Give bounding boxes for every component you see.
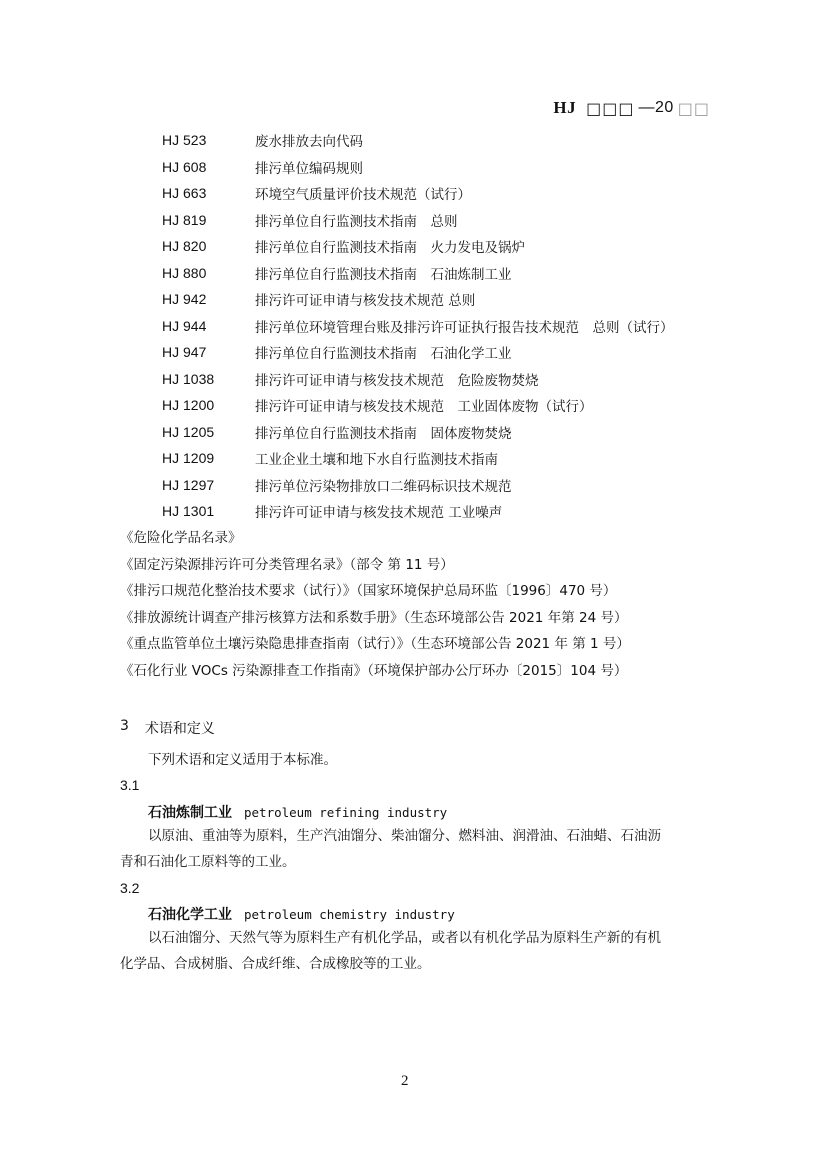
term-chinese: 石油炼制工业 [148, 802, 232, 822]
reference-row: HJ 608排污单位编码规则 [162, 154, 674, 181]
reference-title: 排污单位环境管理台账及排污许可证执行报告技术规范 总则（试行） [255, 316, 674, 336]
reference-title: 废水排放去向代码 [255, 130, 363, 150]
standard-year-prefix: —20 [638, 99, 673, 117]
reference-row: HJ 1209工业企业土壤和地下水自行监测技术指南 [162, 445, 674, 472]
standard-number-placeholder: □□□ [586, 99, 634, 118]
reference-code: HJ 663 [162, 185, 255, 201]
reference-row: HJ 947排污单位自行监测技术指南 石油化学工业 [162, 339, 674, 366]
section-number: 3 [120, 718, 129, 738]
standard-code-header: HJ □□□ —20 □□ [553, 98, 710, 118]
reference-title: 排污单位自行监测技术指南 总则 [255, 210, 458, 230]
normative-references-list: HJ 523废水排放去向代码 HJ 608排污单位编码规则 HJ 663环境空气… [162, 127, 674, 525]
reference-row: HJ 819排污单位自行监测技术指南 总则 [162, 207, 674, 234]
section-intro: 下列术语和定义适用于本标准。 [148, 747, 337, 774]
page-number: 2 [401, 1073, 409, 1090]
reference-title: 环境空气质量评价技术规范（试行） [255, 183, 471, 203]
term-definition-line: 青和石油化工原料等的工业。 [120, 849, 296, 876]
reference-title: 排污单位自行监测技术指南 石油炼制工业 [255, 263, 512, 283]
reference-code: HJ 880 [162, 265, 255, 281]
reference-row: HJ 1200排污许可证申请与核发技术规范 工业固体废物（试行） [162, 392, 674, 419]
reference-row: HJ 880排污单位自行监测技术指南 石油炼制工业 [162, 260, 674, 287]
standard-prefix: HJ [553, 98, 576, 118]
clause-number: 3.1 [120, 777, 139, 793]
reference-row: HJ 523废水排放去向代码 [162, 127, 674, 154]
reference-row: HJ 1301排污许可证申请与核发技术规范 工业噪声 [162, 498, 674, 525]
reference-code: HJ 1297 [162, 477, 255, 493]
term-english: petroleum refining industry [244, 805, 447, 820]
reference-code: HJ 947 [162, 344, 255, 360]
term-entry: 石油化学工业 petroleum chemistry industry [148, 904, 455, 924]
document-reference: 《排污口规范化整治技术要求（试行）》（国家环境保护总局环监〔1996〕470 号… [120, 576, 630, 603]
reference-code: HJ 944 [162, 318, 255, 334]
reference-title: 排污单位自行监测技术指南 固体废物焚烧 [255, 422, 512, 442]
reference-code: HJ 819 [162, 212, 255, 228]
document-reference: 《石化行业 VOCs 污染源排查工作指南》（环境保护部办公厅环办〔2015〕10… [120, 656, 630, 683]
reference-row: HJ 944排污单位环境管理台账及排污许可证执行报告技术规范 总则（试行） [162, 313, 674, 340]
reference-code: HJ 1209 [162, 450, 255, 466]
reference-title: 排污单位编码规则 [255, 157, 363, 177]
reference-row: HJ 663环境空气质量评价技术规范（试行） [162, 180, 674, 207]
term-entry: 石油炼制工业 petroleum refining industry [148, 802, 447, 822]
term-definition-line: 化学品、合成树脂、合成纤维、合成橡胶等的工业。 [120, 951, 431, 978]
section-title: 术语和定义 [145, 718, 215, 738]
term-english: petroleum chemistry industry [244, 907, 455, 922]
reference-row: HJ 942排污许可证申请与核发技术规范 总则 [162, 286, 674, 313]
reference-row: HJ 1205排污单位自行监测技术指南 固体废物焚烧 [162, 419, 674, 446]
reference-row: HJ 1038排污许可证申请与核发技术规范 危险废物焚烧 [162, 366, 674, 393]
document-reference: 《重点监管单位土壤污染隐患排查指南（试行）》（生态环境部公告 2021 年 第 … [120, 629, 630, 656]
term-definition-line: 以石油馏分、天然气等为原料生产有机化学品，或者以有机化学品为原料生产新的有机 [148, 925, 661, 952]
reference-title: 排污许可证申请与核发技术规范 工业固体废物（试行） [255, 395, 593, 415]
document-reference: 《固定污染源排污许可分类管理名录》（部令 第 11 号） [120, 550, 630, 577]
reference-title: 排污许可证申请与核发技术规范 工业噪声 [255, 501, 502, 521]
term-chinese: 石油化学工业 [148, 904, 232, 924]
reference-title: 排污许可证申请与核发技术规范 危险废物焚烧 [255, 369, 539, 389]
reference-code: HJ 1205 [162, 424, 255, 440]
reference-code: HJ 1038 [162, 371, 255, 387]
document-reference: 《排放源统计调查产排污核算方法和系数手册》（生态环境部公告 2021 年第 24… [120, 603, 630, 630]
reference-code: HJ 942 [162, 291, 255, 307]
reference-title: 排污单位自行监测技术指南 石油化学工业 [255, 342, 512, 362]
reference-code: HJ 608 [162, 159, 255, 175]
standard-year-placeholder: □□ [678, 99, 710, 118]
reference-title: 工业企业土壤和地下水自行监测技术指南 [255, 448, 498, 468]
reference-code: HJ 820 [162, 238, 255, 254]
reference-title: 排污许可证申请与核发技术规范 总则 [255, 289, 475, 309]
clause-number: 3.2 [120, 880, 139, 896]
reference-row: HJ 1297排污单位污染物排放口二维码标识技术规范 [162, 472, 674, 499]
reference-row: HJ 820排污单位自行监测技术指南 火力发电及锅炉 [162, 233, 674, 260]
term-definition-line: 以原油、重油等为原料，生产汽油馏分、柴油馏分、燃料油、润滑油、石油蜡、石油沥 [148, 823, 661, 850]
reference-code: HJ 1301 [162, 503, 255, 519]
section-heading: 3 术语和定义 [120, 718, 215, 738]
reference-code: HJ 1200 [162, 397, 255, 413]
reference-title: 排污单位污染物排放口二维码标识技术规范 [255, 475, 512, 495]
reference-code: HJ 523 [162, 132, 255, 148]
document-reference: 《危险化学品名录》 [120, 523, 630, 550]
document-page: HJ □□□ —20 □□ HJ 523废水排放去向代码 HJ 608排污单位编… [0, 0, 826, 1169]
reference-title: 排污单位自行监测技术指南 火力发电及锅炉 [255, 236, 525, 256]
referenced-documents-list: 《危险化学品名录》 《固定污染源排污许可分类管理名录》（部令 第 11 号） 《… [120, 523, 630, 682]
